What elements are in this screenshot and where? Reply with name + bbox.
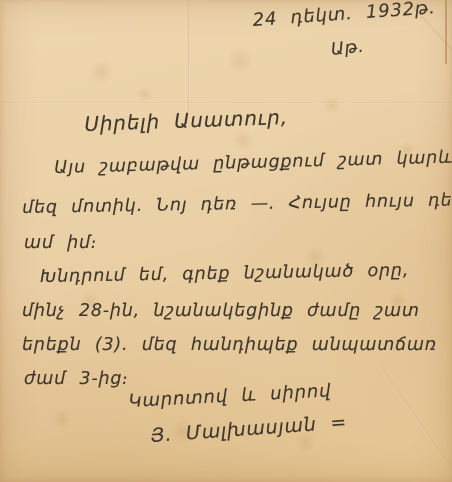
paper-stain	[136, 86, 154, 102]
body-line: Այս շաբաթվա ընթացքում շատ կարևոր	[54, 147, 452, 178]
paper-stain	[232, 130, 254, 150]
paper-edge-shadow	[445, 0, 447, 64]
letter-paper: 24 դեկտ. 1932թ. Աթ. Սիրելի Ասատուր, Այս …	[0, 0, 452, 482]
salutation-line: Սիրելի Ասատուր,	[84, 105, 288, 136]
fold-crease-bottom	[376, 362, 452, 478]
fold-crease-horizontal	[0, 102, 452, 104]
paper-stain	[88, 60, 114, 84]
place-line: Աթ.	[330, 37, 365, 60]
date-line: 24 դեկտ. 1932թ.	[252, 0, 436, 31]
fold-crease-vertical	[188, 0, 190, 112]
body-line: մինչ 28-ին, նշանակեցինք ժամը շատ	[22, 301, 420, 321]
signature-line: Յ. Մալխասյան =	[150, 411, 348, 447]
body-line: Խնդրում եմ, գրեք նշանակած օրը,	[40, 261, 409, 287]
body-line: ամ իմ։	[24, 233, 98, 253]
body-line: մեզ մոտիկ. Նոյ դեռ —. Հույսը հույս դեռ-	[22, 190, 452, 218]
paper-stain	[52, 410, 72, 428]
paper-stain	[322, 96, 342, 114]
body-line: երեքն (3). մեզ հանդիպեք անպատճառ	[22, 335, 437, 355]
closing-line: Կարոտով և սիրով	[128, 380, 332, 412]
body-line: ժամ 3-ից։	[24, 369, 129, 389]
paper-stain	[225, 48, 255, 74]
